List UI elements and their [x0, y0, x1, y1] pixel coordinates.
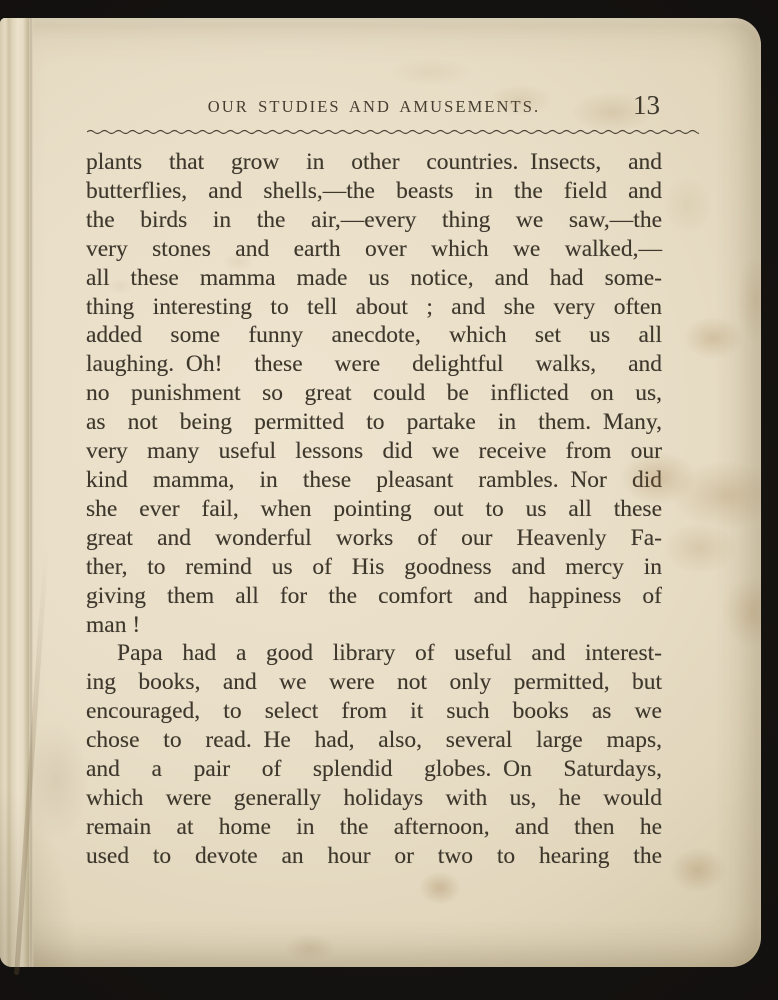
wavy-rule [87, 128, 699, 135]
text-line: remain at home in the afternoon, and the… [86, 813, 662, 842]
text-line: very many useful lessons did we receive … [86, 437, 662, 466]
book-page: OUR STUDIES AND AMUSEMENTS. 13 plants th… [0, 18, 761, 967]
page-content: OUR STUDIES AND AMUSEMENTS. 13 plants th… [86, 18, 662, 871]
page-body-text: plants that grow in other countries. Ins… [86, 148, 662, 871]
running-header-title: OUR STUDIES AND AMUSEMENTS. [208, 97, 540, 116]
text-line: added some funny anecdote, which set us … [86, 321, 662, 350]
text-line: very stones and earth over which we walk… [86, 235, 662, 264]
text-line: Papa had a good library of useful and in… [86, 639, 662, 668]
text-line: giving them all for the comfort and happ… [86, 582, 662, 611]
text-line: butterflies, and shells,—the beasts in t… [86, 177, 662, 206]
text-line: great and wonderful works of our Heavenl… [86, 524, 662, 553]
text-line: and a pair of splendid globes. On Saturd… [86, 755, 662, 784]
text-line: encouraged, to select from it such books… [86, 697, 662, 726]
text-line: as not being permitted to partake in the… [86, 408, 662, 437]
photo-background: OUR STUDIES AND AMUSEMENTS. 13 plants th… [0, 0, 778, 1000]
page-number: 13 [633, 90, 660, 121]
text-line: ther, to remind us of His goodness and m… [86, 553, 662, 582]
text-line: the birds in the air,—every thing we saw… [86, 206, 662, 235]
text-line: used to devote an hour or two to hearing… [86, 842, 662, 871]
text-line: chose to read. He had, also, several lar… [86, 726, 662, 755]
text-line: all these mamma made us notice, and had … [86, 264, 662, 293]
text-line: kind mamma, in these pleasant rambles. N… [86, 466, 662, 495]
text-line: ing books, and we were not only permitte… [86, 668, 662, 697]
text-line: laughing. Oh! these were delightful walk… [86, 350, 662, 379]
text-line: thing interesting to tell about ; and sh… [86, 293, 662, 322]
text-line: man ! [86, 611, 662, 640]
text-line: she ever fail, when pointing out to us a… [86, 495, 662, 524]
running-header: OUR STUDIES AND AMUSEMENTS. 13 [86, 97, 662, 119]
text-line: no punishment so great could be inflicte… [86, 379, 662, 408]
wavy-rule-path [87, 131, 699, 134]
text-line: which were generally holidays with us, h… [86, 784, 662, 813]
text-line: plants that grow in other countries. Ins… [86, 148, 662, 177]
